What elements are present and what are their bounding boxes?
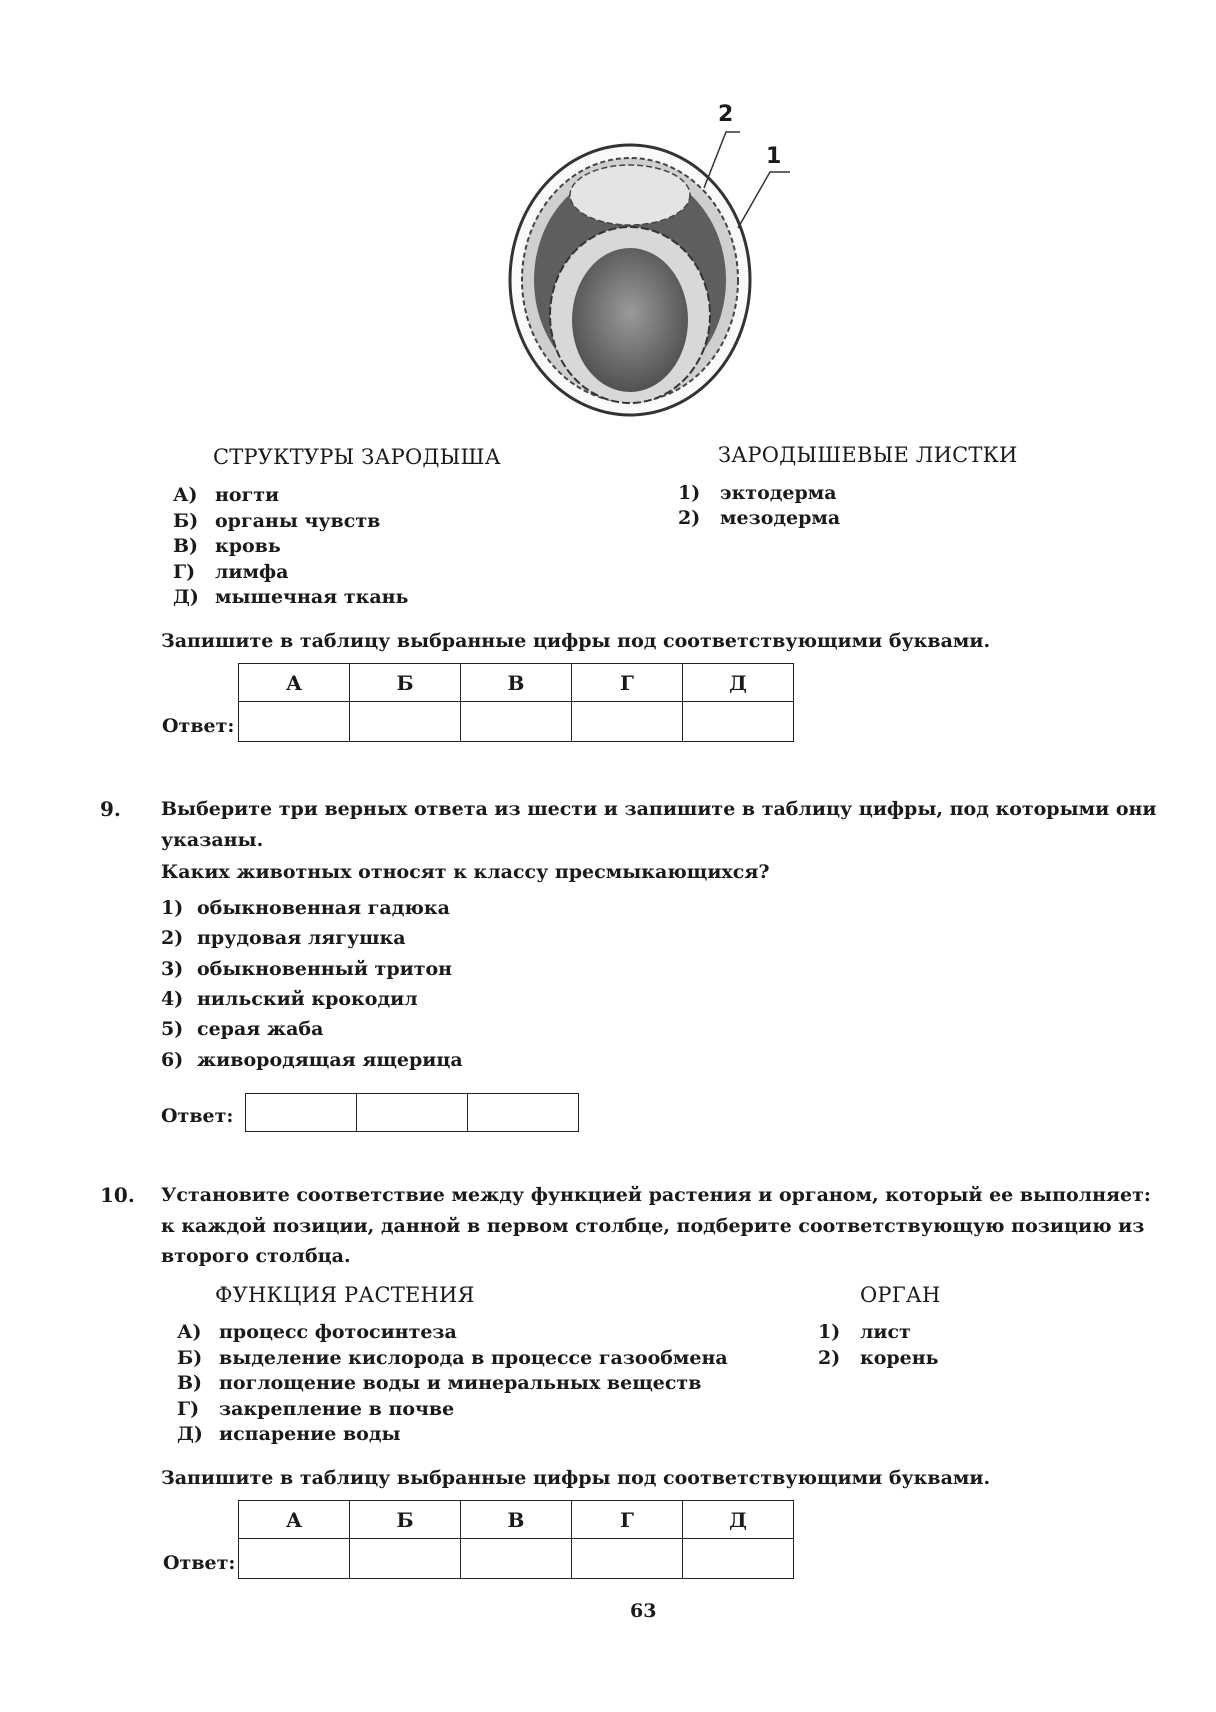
q10-answer-label: Ответ: [163, 1552, 235, 1574]
q10-text-line1: Установите соответствие между функцией р… [161, 1182, 1151, 1208]
q10-answer-table: А Б В Г Д [238, 1500, 794, 1579]
column-header: В [461, 1501, 572, 1539]
answer-cell-a[interactable] [239, 1539, 350, 1579]
answer-cell-3[interactable] [468, 1094, 579, 1132]
q9-answer-label: Ответ: [161, 1105, 233, 1127]
column-header: Д [683, 664, 794, 702]
figure-label-2: 2 [718, 102, 733, 127]
q8-answer-label: Ответ: [162, 715, 234, 737]
column-header: Д [683, 1501, 794, 1539]
option-6: 6)живородящая ящерица [161, 1049, 463, 1071]
list-item: 1)лист [818, 1321, 911, 1343]
q10-text-line2: к каждой позиции, данной в первом столбц… [161, 1213, 1144, 1239]
answer-cell-1[interactable] [246, 1094, 357, 1132]
figure-leader-lines [690, 128, 800, 238]
question-number-9: 9. [100, 797, 121, 821]
answer-cell-b[interactable] [350, 1539, 461, 1579]
answer-cell-v[interactable] [461, 1539, 572, 1579]
q10-instruction: Запишите в таблицу выбранные цифры под с… [161, 1465, 990, 1491]
column-header: В [461, 664, 572, 702]
organ-heading: ОРГАН [860, 1283, 940, 1307]
page-number: 63 [630, 1600, 656, 1622]
column-header: Б [350, 664, 461, 702]
list-item: Б)выделение кислорода в процессе газообм… [177, 1347, 728, 1369]
list-item: 2)мезодерма [678, 507, 840, 529]
list-item: В)кровь [173, 535, 281, 557]
list-item: 1)эктодерма [678, 482, 837, 504]
structures-heading: СТРУКТУРЫ ЗАРОДЫША [213, 445, 501, 469]
answer-cell-v[interactable] [461, 702, 572, 742]
answer-cell-g[interactable] [572, 702, 683, 742]
option-4: 4)нильский крокодил [161, 988, 418, 1010]
column-header: А [239, 664, 350, 702]
column-header: Б [350, 1501, 461, 1539]
column-header: А [239, 1501, 350, 1539]
list-item: А)ногти [173, 484, 279, 506]
q9-text-line2: указаны. [161, 827, 263, 853]
list-item: Б)органы чувств [173, 510, 380, 532]
list-item: А)процесс фотосинтеза [177, 1321, 457, 1343]
germ-layers-heading: ЗАРОДЫШЕВЫЕ ЛИСТКИ [718, 443, 1018, 467]
column-header: Г [572, 1501, 683, 1539]
list-item: Д)мышечная ткань [173, 586, 408, 608]
option-5: 5)серая жаба [161, 1018, 323, 1040]
answer-cell-b[interactable] [350, 702, 461, 742]
q9-question: Каких животных относят к классу пресмыка… [161, 859, 770, 885]
q8-answer-table: А Б В Г Д [238, 663, 794, 742]
column-header: Г [572, 664, 683, 702]
q10-text-line3: второго столбца. [161, 1243, 351, 1269]
list-item: 2)корень [818, 1347, 939, 1369]
q9-answer-table [245, 1093, 579, 1132]
answer-cell-d[interactable] [683, 702, 794, 742]
q9-text-line1: Выберите три верных ответа из шести и за… [161, 796, 1157, 822]
answer-cell-d[interactable] [683, 1539, 794, 1579]
list-item: Г)лимфа [173, 561, 288, 583]
answer-cell-g[interactable] [572, 1539, 683, 1579]
list-item: Г)закрепление в почве [177, 1398, 454, 1420]
option-1: 1)обыкновенная гадюка [161, 897, 450, 919]
plant-function-heading: ФУНКЦИЯ РАСТЕНИЯ [215, 1283, 475, 1307]
question-number-10: 10. [100, 1183, 135, 1207]
list-item: Д)испарение воды [177, 1423, 401, 1445]
option-2: 2)прудовая лягушка [161, 927, 406, 949]
q8-instruction: Запишите в таблицу выбранные цифры под с… [161, 628, 990, 654]
answer-cell-a[interactable] [239, 702, 350, 742]
list-item: В)поглощение воды и минеральных веществ [177, 1372, 701, 1394]
option-3: 3)обыкновенный тритон [161, 958, 452, 980]
answer-cell-2[interactable] [357, 1094, 468, 1132]
